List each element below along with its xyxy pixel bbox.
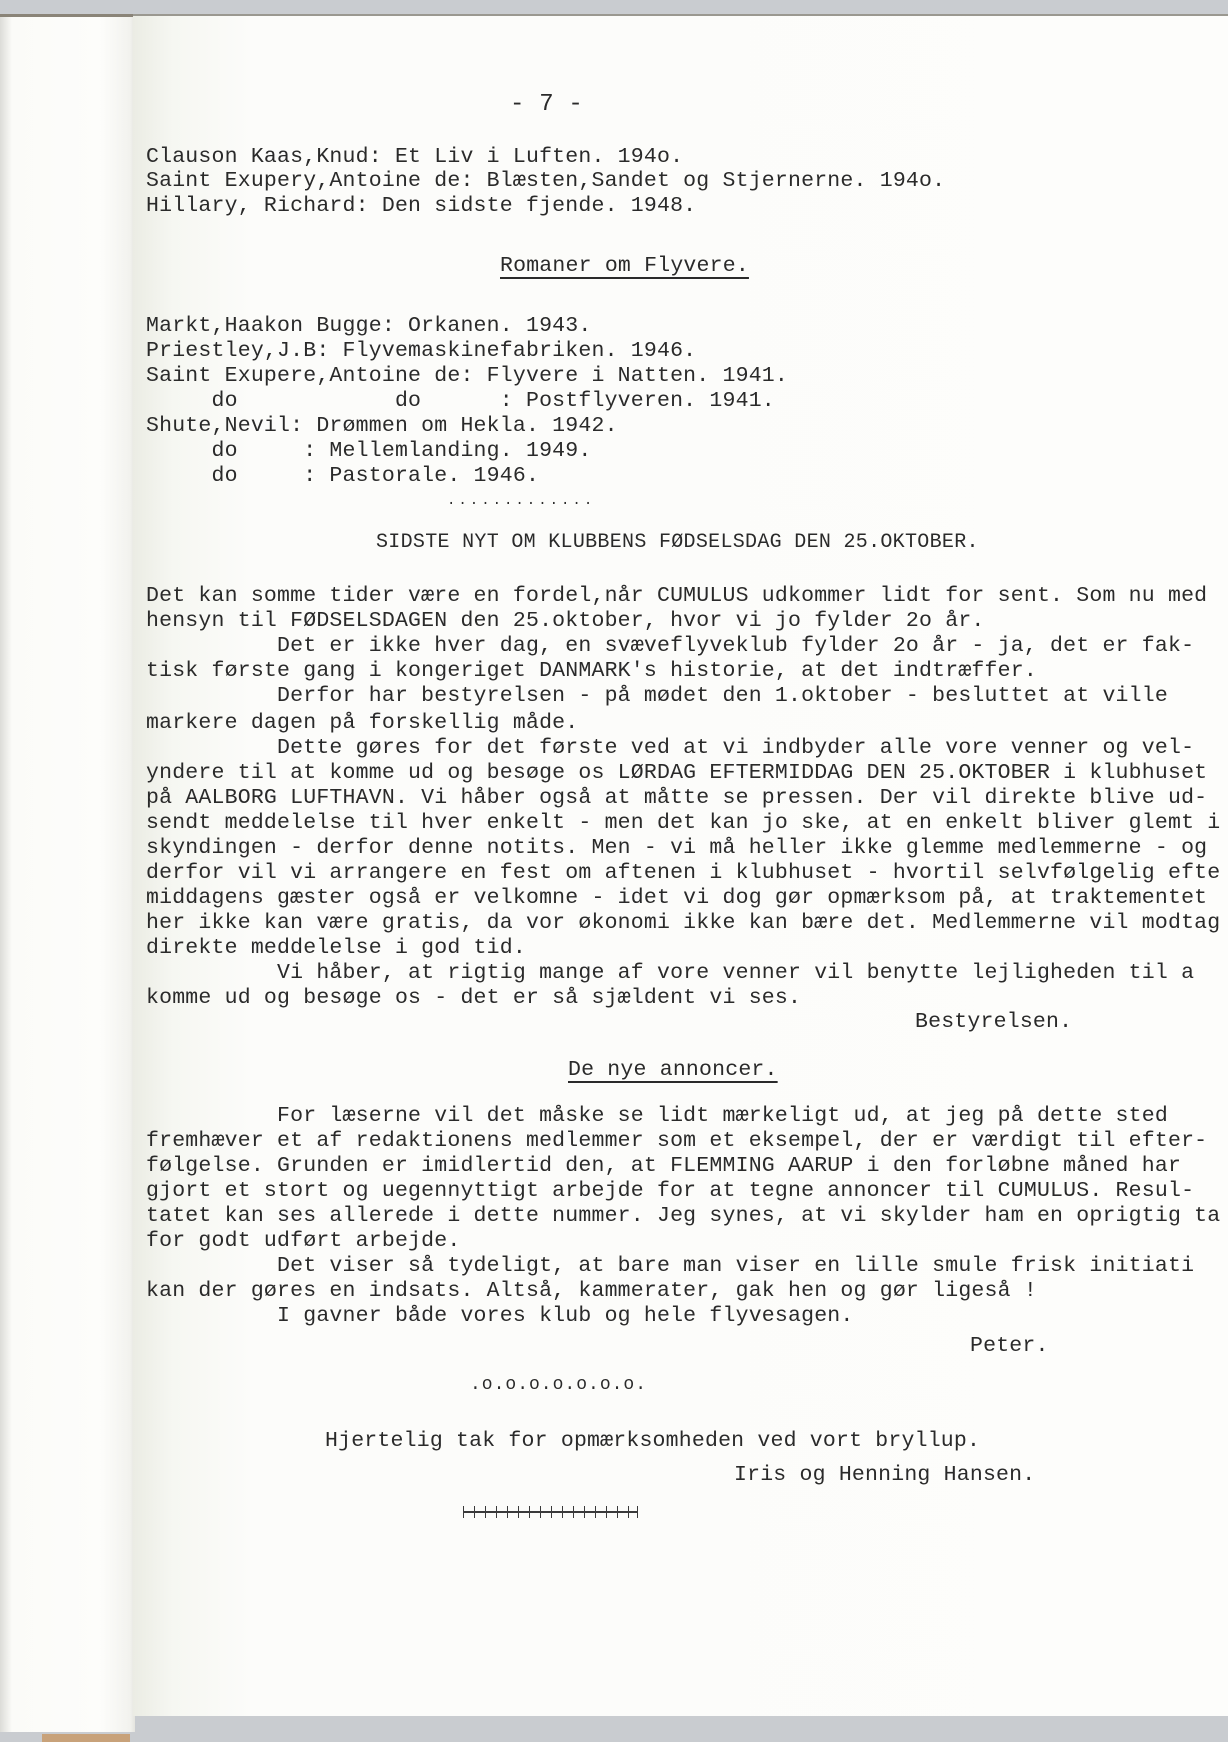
paragraph-line: på AALBORG LUFTHAVN. Vi håber også at må… — [146, 785, 1207, 811]
paragraph-line: her ikke kan være gratis, da vor økonomi… — [146, 910, 1220, 936]
paragraph-line: middagens gæster også er velkomne - idet… — [146, 885, 1207, 911]
book-entry: Priestley,J.B: Flyvemaskinefabriken. 194… — [146, 338, 696, 364]
paragraph-line: følgelse. Grunden er imidlertid den, at … — [146, 1153, 1181, 1179]
paragraph-line: markere dagen på forskellig måde. — [146, 710, 578, 736]
book-entry: Hillary, Richard: Den sidste fjende. 194… — [146, 193, 696, 219]
paragraph-line: Det viser så tydeligt, at bare man viser… — [146, 1253, 1194, 1279]
paragraph-line: Det er ikke hver dag, en svæveflyveklub … — [146, 633, 1194, 659]
separator-dots: ............. — [447, 488, 595, 514]
paragraph-line: for godt udført arbejde. — [146, 1228, 460, 1254]
signature-peter: Peter. — [970, 1333, 1049, 1359]
paragraph-line: Derfor har bestyrelsen - på mødet den 1.… — [146, 683, 1168, 709]
book-entry: Clauson Kaas,Knud: Et Liv i Luften. 194o… — [146, 144, 683, 170]
paragraph-line: Det kan somme tider være en fordel,når C… — [146, 583, 1207, 609]
paragraph-line: kan der gøres en indsats. Altså, kammera… — [146, 1278, 1037, 1304]
page-number: - 7 - — [510, 92, 583, 118]
paragraph-line: tatet kan ses allerede i dette nummer. J… — [146, 1203, 1220, 1229]
section-title-romaner: Romaner om Flyvere. — [500, 253, 749, 279]
book-entry: Markt,Haakon Bugge: Orkanen. 1943. — [146, 313, 591, 339]
binding-tape — [42, 1734, 130, 1742]
signature-bestyrelsen: Bestyrelsen. — [915, 1009, 1072, 1035]
separator-circles: .o.o.o.o.o.o.o. — [470, 1372, 647, 1398]
thanks-line: Hjertelig tak for opmærksomheden ved vor… — [325, 1428, 980, 1454]
book-entry: Saint Exupery,Antoine de: Blæsten,Sandet… — [146, 168, 945, 194]
paragraph-line: fremhæver et af redaktionens medlemmer s… — [146, 1128, 1207, 1154]
paragraph-line: sendt meddelelse til hver enkelt - men d… — [146, 810, 1220, 836]
paragraph-line: Vi håber, at rigtig mange af vore venner… — [146, 960, 1194, 986]
paragraph-line: tisk første gang i kongeriget DANMARK's … — [146, 658, 1037, 684]
signature-hansen: Iris og Henning Hansen. — [734, 1462, 1035, 1488]
section-title-annoncer: De nye annoncer. — [568, 1057, 778, 1083]
book-entry: do : Mellemlanding. 1949. — [146, 438, 591, 464]
book-entry: Saint Exupere,Antoine de: Flyvere i Natt… — [146, 363, 788, 389]
book-entry: do : Pastorale. 1946. — [146, 463, 539, 489]
paragraph-line: skyndingen - derfor denne notits. Men - … — [146, 835, 1207, 861]
paragraph-line: derfor vil vi arrangere en fest om aften… — [146, 860, 1220, 886]
book-entry: Shute,Nevil: Drømmen om Hekla. 1942. — [146, 413, 618, 439]
paragraph-line: hensyn til FØDSELSDAGEN den 25.oktober, … — [146, 608, 985, 634]
section-title-birthday: SIDSTE NYT OM KLUBBENS FØDSELSDAG DEN 25… — [376, 530, 979, 556]
previous-page-edge — [0, 14, 135, 1732]
paragraph-line: direkte meddelelse i god tid. — [146, 935, 526, 961]
paragraph-line: I gavner både vores klub og hele flyvesa… — [146, 1303, 854, 1329]
paragraph-line: yndere til at komme ud og besøge os LØRD… — [146, 760, 1207, 786]
book-entry: do do : Postflyveren. 1941. — [146, 388, 775, 414]
paragraph-line: Dette gøres for det første ved at vi ind… — [146, 735, 1194, 761]
paragraph-line: komme ud og besøge os - det er så sjælde… — [146, 985, 801, 1011]
paragraph-line: For læserne vil det måske se lidt mærkel… — [146, 1103, 1168, 1129]
closing-divider — [463, 1511, 638, 1513]
paragraph-line: gjort et stort og uegennyttigt arbejde f… — [146, 1178, 1194, 1204]
